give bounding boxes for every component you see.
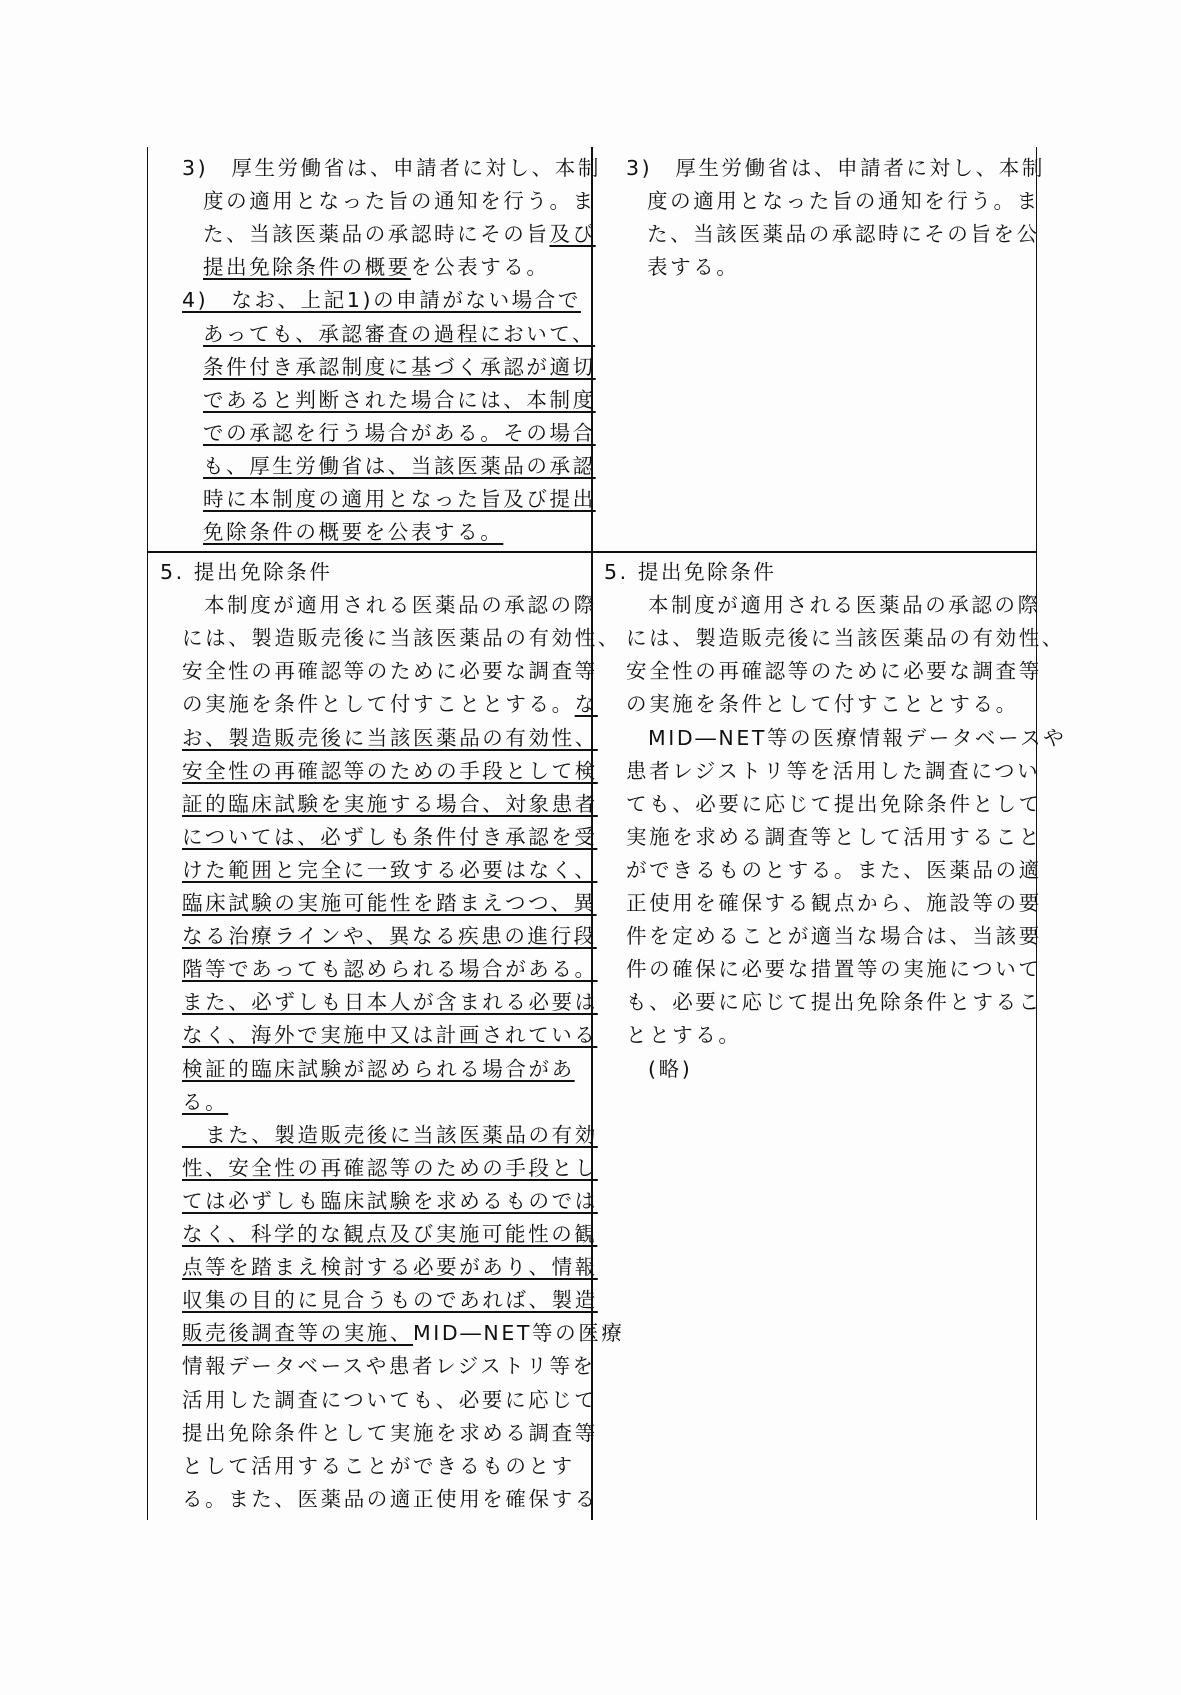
text-line: 実施を求める調査等として活用すること (626, 821, 1042, 854)
text-line: 収集の目的に見合うものであれば、製造 (182, 1284, 598, 1317)
underlined-revision-text: な (575, 692, 598, 716)
underlined-revision-text: 臨床試験の実施可能性を踏まえつつ、異 (182, 891, 597, 915)
underlined-revision-text: 階等であっても認められる場合がある。 (182, 957, 598, 981)
underlined-revision-text: る。 (182, 1090, 228, 1114)
text-line: 安全性の再確認等のために必要な調査等 (182, 655, 598, 688)
text-line: での承認を行う場合がある。その場合 (203, 417, 596, 450)
text-segment: た、当該医薬品の承認時にその旨を公 (647, 222, 1040, 246)
text-segment: ととする。 (626, 1023, 742, 1047)
text-line: 販売後調査等の実施、MID―NET等の医療 (182, 1317, 624, 1350)
text-segment: MID―NET等の医療情報データベースや (648, 726, 1066, 750)
underlined-revision-text: 収集の目的に見合うものであれば、製造 (182, 1288, 598, 1312)
text-line: 性、安全性の再確認等のための手段とし (182, 1152, 598, 1185)
underlined-revision-text: 4) なお、上記1)の申請がない場合で (182, 288, 581, 312)
text-line: 情報データベースや患者レジストリ等を (182, 1350, 596, 1383)
text-segment: も、必要に応じて提出免除条件とするこ (626, 990, 1042, 1014)
underlined-revision-text: 免除条件の概要を公表する。 (203, 520, 503, 544)
underlined-revision-text: 証的臨床試験を実施する場合、対象患者 (182, 792, 598, 816)
text-line: 提出免除条件の概要を公表する。 (203, 251, 550, 284)
text-line: あっても、承認審査の過程において、 (203, 318, 595, 351)
text-line: 度の適用となった旨の通知を行う。ま (647, 185, 1040, 218)
text-line: なる治療ラインや、異なる疾患の進行段 (182, 920, 597, 953)
underlined-revision-text: また、製造販売後に当該医薬品の有効 (182, 1123, 598, 1147)
underlined-revision-text: 時に本制度の適用となった旨及び提出 (203, 487, 596, 511)
text-line: ととする。 (626, 1019, 742, 1052)
text-segment: 3) 厚生労働省は、申請者に対し、本制 (182, 156, 601, 180)
text-line: 5. 提出免除条件 (604, 556, 776, 589)
text-segment: 安全性の再確認等のために必要な調査等 (182, 659, 598, 683)
text-line: 安全性の再確認等のための手段として検 (182, 755, 598, 788)
text-segment: 件を定めることが適当な場合は、当該要 (626, 924, 1042, 948)
text-segment: 正使用を確保する観点から、施設等の要 (626, 891, 1042, 915)
underlined-revision-text: であると判断された場合には、本制度 (203, 388, 596, 412)
text-segment: 3) 厚生労働省は、申請者に対し、本制 (626, 156, 1045, 180)
text-line: 正使用を確保する観点から、施設等の要 (626, 887, 1042, 920)
underlined-revision-text: 提出免除条件の概要 (203, 255, 411, 279)
text-segment: 5. 提出免除条件 (604, 560, 776, 584)
text-line: 本制度が適用される医薬品の承認の際 (204, 589, 597, 622)
text-line: お、製造販売後に当該医薬品の有効性、 (182, 722, 598, 755)
text-line: また、必ずしも日本人が含まれる必要は (182, 986, 598, 1019)
text-line: も、必要に応じて提出免除条件とするこ (626, 986, 1042, 1019)
text-line: であると判断された場合には、本制度 (203, 384, 596, 417)
underlined-revision-text: 検証的臨床試験が認められる場合があ (182, 1057, 575, 1081)
text-line: 活用した調査についても、必要に応じて (182, 1384, 597, 1417)
text-line: (略) (648, 1053, 692, 1086)
row-divider (147, 551, 1037, 553)
text-line: 点等を踏まえ検討する必要があり、情報 (182, 1251, 598, 1284)
text-segment: る。また、医薬品の適正使用を確保する (182, 1487, 598, 1511)
text-line: も、厚生労働省は、当該医薬品の承認 (203, 450, 596, 483)
text-line: 臨床試験の実施可能性を踏まえつつ、異 (182, 887, 597, 920)
text-segment: 本制度が適用される医薬品の承認の際 (648, 593, 1041, 617)
text-line: ができるものとする。また、医薬品の適 (626, 854, 1042, 887)
underlined-revision-text: 販売後調査等の実施、 (182, 1321, 413, 1345)
text-line: けた範囲と完全に一致する必要はなく、 (182, 854, 597, 887)
text-segment: の実施を条件として付すこととする。 (182, 692, 575, 716)
text-line: の実施を条件として付すこととする。な (182, 688, 598, 721)
text-segment: として活用することができるものとす (182, 1454, 575, 1478)
text-line: ても、必要に応じて提出免除条件として (626, 788, 1042, 821)
text-segment: 度の適用となった旨の通知を行う。ま (203, 189, 596, 213)
underlined-revision-text: 条件付き承認制度に基づく承認が適切 (203, 355, 596, 379)
text-segment: 5. 提出免除条件 (160, 560, 332, 584)
text-line: 検証的臨床試験が認められる場合があ (182, 1053, 575, 1086)
text-segment: 活用した調査についても、必要に応じて (182, 1388, 597, 1412)
text-segment: 本制度が適用される医薬品の承認の際 (204, 593, 597, 617)
text-segment: 患者レジストリ等を活用した調査につい (626, 759, 1040, 783)
text-line: の実施を条件として付すこととする。 (626, 688, 1019, 721)
text-line: た、当該医薬品の承認時にその旨及び (203, 218, 596, 251)
text-line: として活用することができるものとす (182, 1450, 575, 1483)
underlined-revision-text: も、厚生労働省は、当該医薬品の承認 (203, 454, 596, 478)
text-line: 表する。 (647, 251, 739, 284)
underlined-revision-text: 性、安全性の再確認等のための手段とし (182, 1156, 598, 1180)
text-line: 条件付き承認制度に基づく承認が適切 (203, 351, 596, 384)
underlined-revision-text: については、必ずしも条件付き承認を受 (182, 825, 597, 849)
text-segment: 安全性の再確認等のために必要な調査等 (626, 659, 1042, 683)
underlined-revision-text: ては必ずしも臨床試験を求めるものでは (182, 1189, 598, 1213)
underlined-revision-text: 及び (550, 222, 596, 246)
text-segment: には、製造販売後に当該医薬品の有効性、 (182, 626, 621, 650)
text-line: には、製造販売後に当該医薬品の有効性、 (182, 622, 621, 655)
text-line: 安全性の再確認等のために必要な調査等 (626, 655, 1042, 688)
underlined-revision-text: 安全性の再確認等のための手段として検 (182, 759, 598, 783)
text-segment: ても、必要に応じて提出免除条件として (626, 792, 1042, 816)
text-line: MID―NET等の医療情報データベースや (648, 722, 1066, 755)
text-line: 免除条件の概要を公表する。 (203, 516, 503, 549)
text-line: た、当該医薬品の承認時にその旨を公 (647, 218, 1040, 251)
text-line: また、製造販売後に当該医薬品の有効 (182, 1119, 598, 1152)
underlined-revision-text: 点等を踏まえ検討する必要があり、情報 (182, 1255, 598, 1279)
text-segment: MID―NET等の医療 (413, 1321, 624, 1345)
text-line: については、必ずしも条件付き承認を受 (182, 821, 597, 854)
underlined-revision-text: また、必ずしも日本人が含まれる必要は (182, 990, 598, 1014)
underlined-revision-text: お、製造販売後に当該医薬品の有効性、 (182, 726, 598, 750)
text-line: 患者レジストリ等を活用した調査につい (626, 755, 1040, 788)
text-line: 証的臨床試験を実施する場合、対象患者 (182, 788, 598, 821)
text-line: 件を定めることが適当な場合は、当該要 (626, 920, 1042, 953)
text-segment: ができるものとする。また、医薬品の適 (626, 858, 1042, 882)
text-segment: 情報データベースや患者レジストリ等を (182, 1354, 596, 1378)
text-line: 時に本制度の適用となった旨及び提出 (203, 483, 596, 516)
text-segment: 件の確保に必要な措置等の実施について (626, 957, 1041, 981)
text-segment: を公表する。 (411, 255, 550, 279)
text-segment: 表する。 (647, 255, 739, 279)
text-segment: (略) (648, 1057, 692, 1081)
text-line: 階等であっても認められる場合がある。 (182, 953, 598, 986)
text-line: る。また、医薬品の適正使用を確保する (182, 1483, 598, 1516)
text-segment: 度の適用となった旨の通知を行う。ま (647, 189, 1040, 213)
underlined-revision-text: けた範囲と完全に一致する必要はなく、 (182, 858, 597, 882)
underlined-revision-text: あっても、承認審査の過程において、 (203, 322, 595, 346)
underlined-revision-text: なく、海外で実施中又は計画されている (182, 1023, 597, 1047)
text-line: 件の確保に必要な措置等の実施について (626, 953, 1041, 986)
text-line: 提出免除条件として実施を求める調査等 (182, 1417, 598, 1450)
text-line: には、製造販売後に当該医薬品の有効性、 (626, 622, 1065, 655)
text-line: 度の適用となった旨の通知を行う。ま (203, 185, 596, 218)
text-segment: 実施を求める調査等として活用すること (626, 825, 1042, 849)
underlined-revision-text: なく、科学的な観点及び実施可能性の観 (182, 1222, 597, 1246)
underlined-revision-text: での承認を行う場合がある。その場合 (203, 421, 596, 445)
text-segment: 提出免除条件として実施を求める調査等 (182, 1421, 598, 1445)
text-line: 3) 厚生労働省は、申請者に対し、本制 (182, 152, 601, 185)
text-line: なく、海外で実施中又は計画されている (182, 1019, 597, 1052)
text-line: ては必ずしも臨床試験を求めるものでは (182, 1185, 598, 1218)
text-line: 4) なお、上記1)の申請がない場合で (182, 284, 581, 317)
text-line: 3) 厚生労働省は、申請者に対し、本制 (626, 152, 1045, 185)
text-segment: には、製造販売後に当該医薬品の有効性、 (626, 626, 1065, 650)
underlined-revision-text: なる治療ラインや、異なる疾患の進行段 (182, 924, 597, 948)
text-line: 本制度が適用される医薬品の承認の際 (648, 589, 1041, 622)
text-line: なく、科学的な観点及び実施可能性の観 (182, 1218, 597, 1251)
text-line: る。 (182, 1086, 228, 1119)
text-segment: の実施を条件として付すこととする。 (626, 692, 1019, 716)
text-segment: た、当該医薬品の承認時にその旨 (203, 222, 550, 246)
text-line: 5. 提出免除条件 (160, 556, 332, 589)
